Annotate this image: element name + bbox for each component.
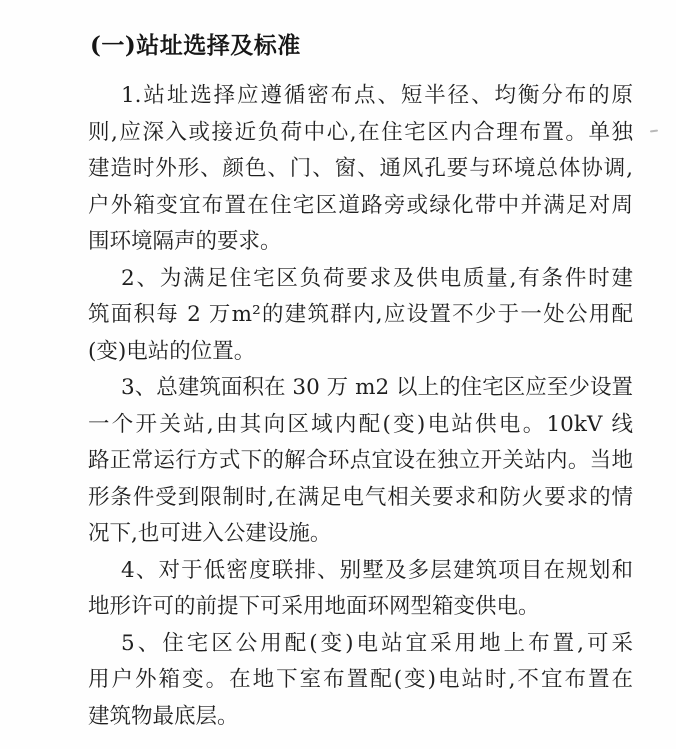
scan-artifact	[650, 129, 658, 132]
text-line: 地形许可的前提下可采用地面环网型箱变供电。	[88, 589, 633, 626]
paragraph: 5、住宅区公用配(变)电站宜采用地上布置,可采用户外箱变。在地下室布置配(变)电…	[88, 626, 633, 736]
text-line: 3、总建筑面积在 30 万 m2 以上的住宅区应至少设置	[88, 370, 633, 407]
text-line: 建筑物最底层。	[88, 699, 633, 736]
text-line: 用户外箱变。在地下室布置配(变)电站时,不宜布置在	[88, 662, 633, 699]
text-line: 2、为满足住宅区负荷要求及供电质量,有条件时建	[88, 261, 633, 298]
document-body: 1.站址选择应遵循密布点、短半径、均衡分布的原则,应深入或接近负荷中心,在住宅区…	[88, 78, 633, 735]
text-line: 5、住宅区公用配(变)电站宜采用地上布置,可采	[88, 626, 633, 663]
paragraph: 4、对于低密度联排、别墅及多层建筑项目在规划和地形许可的前提下可采用地面环网型箱…	[88, 553, 633, 626]
paragraph: 2、为满足住宅区负荷要求及供电质量,有条件时建筑面积每 2 万m²的建筑群内,应…	[88, 261, 633, 371]
text-line: 围环境隔声的要求。	[88, 224, 633, 261]
text-line: (变)电站的位置。	[88, 334, 633, 371]
text-line: 户外箱变宜布置在住宅区道路旁或绿化带中并满足对周	[88, 188, 633, 225]
text-line: 一个开关站,由其向区域内配(变)电站供电。10kV 线	[88, 407, 633, 444]
paragraph: 3、总建筑面积在 30 万 m2 以上的住宅区应至少设置一个开关站,由其向区域内…	[88, 370, 633, 553]
text-line: 则,应深入或接近负荷中心,在住宅区内合理布置。单独	[88, 115, 633, 152]
text-line: 况下,也可进入公建设施。	[88, 516, 633, 553]
document-page: (一)站址选择及标准 1.站址选择应遵循密布点、短半径、均衡分布的原则,应深入或…	[0, 0, 676, 749]
paragraph: 1.站址选择应遵循密布点、短半径、均衡分布的原则,应深入或接近负荷中心,在住宅区…	[88, 78, 633, 261]
text-line: 形条件受到限制时,在满足电气相关要求和防火要求的情	[88, 480, 633, 517]
text-line: 筑面积每 2 万m²的建筑群内,应设置不少于一处公用配	[88, 297, 633, 334]
text-line: 4、对于低密度联排、别墅及多层建筑项目在规划和	[88, 553, 633, 590]
section-heading: (一)站址选择及标准	[90, 33, 634, 59]
text-line: 路正常运行方式下的解合环点宜设在独立开关站内。当地	[88, 443, 633, 480]
text-line: 建造时外形、颜色、门、窗、通风孔要与环境总体协调,	[88, 151, 633, 188]
text-line: 1.站址选择应遵循密布点、短半径、均衡分布的原	[88, 78, 633, 115]
